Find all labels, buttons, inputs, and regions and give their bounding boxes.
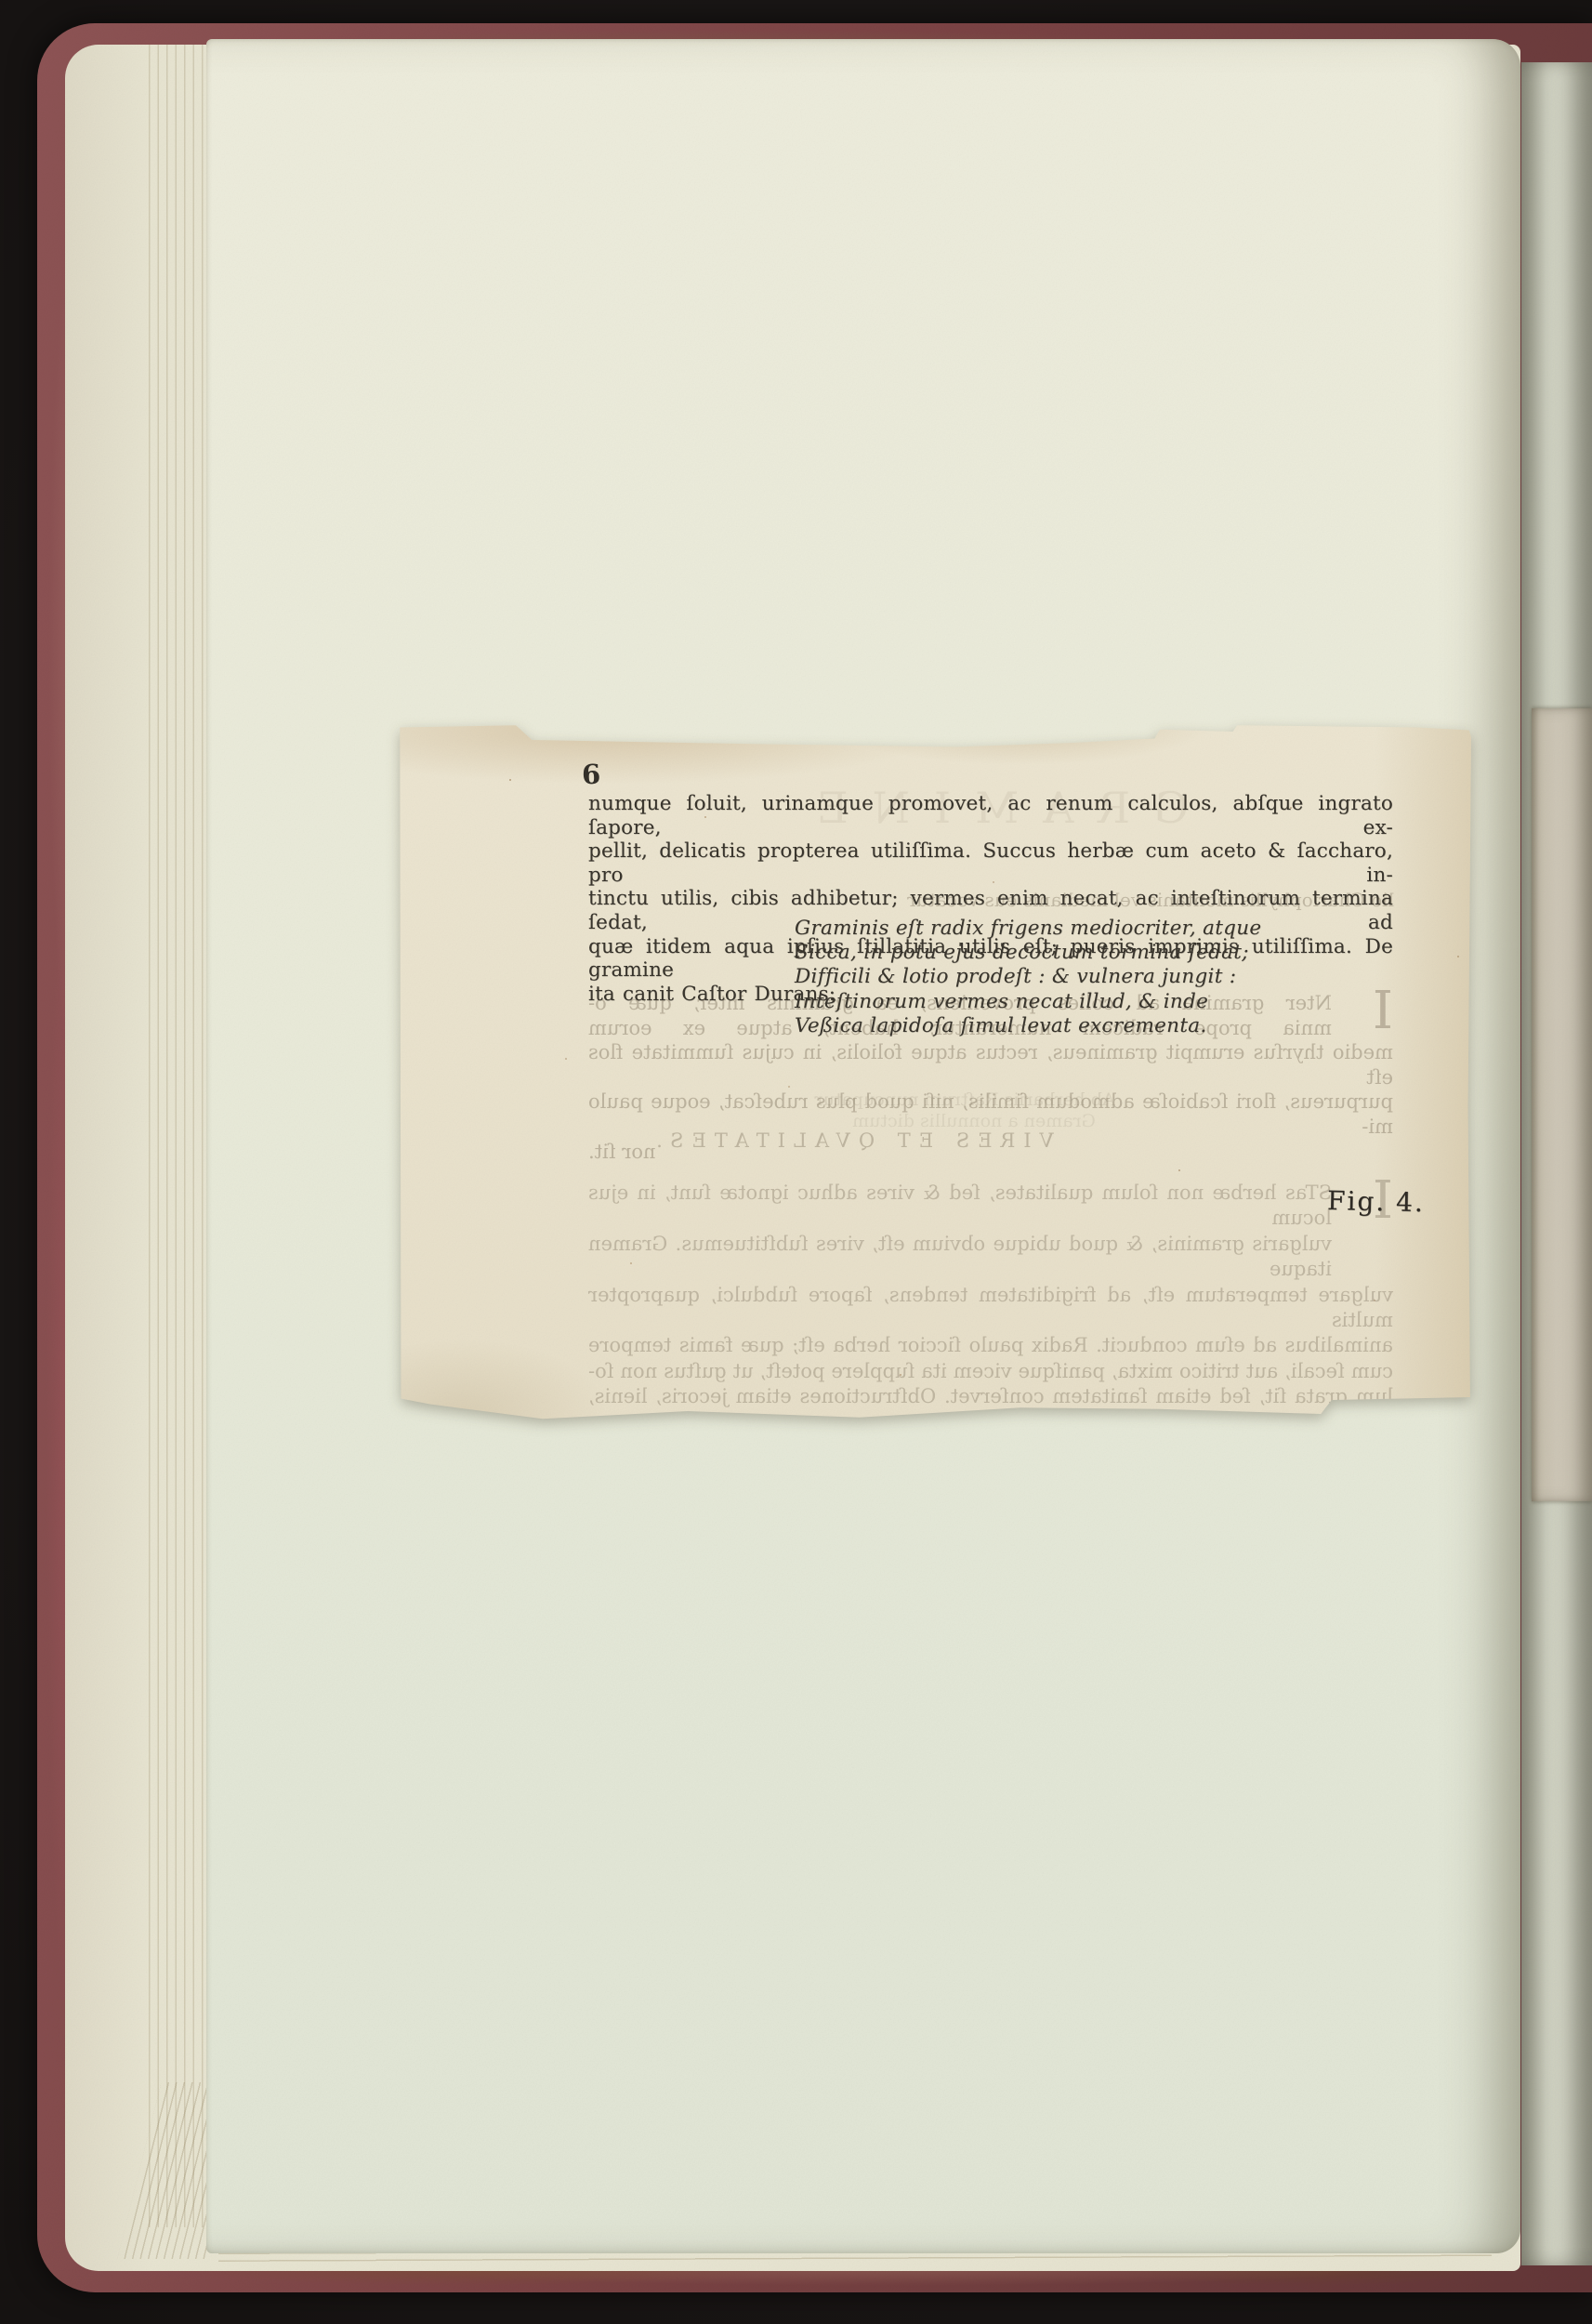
text-line: Veßica lapidoſa ſimul levat excrementa.	[795, 1014, 1371, 1038]
text-line: animalibus ad eſum conducit. Radix paulo…	[588, 1333, 1393, 1358]
text-line: Inteſtinorum vermes necat illud, & inde	[795, 990, 1371, 1014]
text-line: vulgaris graminis, & quod ubique obvium …	[588, 1232, 1393, 1283]
foxing-speckles	[509, 779, 511, 781]
showthrough-lines: STas herbæ non ſolum qualitates, ſed & v…	[588, 1181, 1393, 1435]
text-line: Sicca, in potu ejus decoctum tormina ſed…	[795, 941, 1371, 965]
page-number: 6	[581, 759, 600, 791]
verse-quotation: Graminis eſt radix frigens mediocriter, …	[795, 917, 1371, 1038]
text-line: Graminis eſt radix frigens mediocriter, …	[795, 917, 1371, 941]
water-stain	[806, 723, 1235, 779]
figure-reference-label: Fig. 4.	[1327, 1185, 1425, 1218]
showthrough-faint-line: Ab herbariis Raſtrum nuncupatur	[723, 1089, 1206, 1110]
text-line: pellit, delicatis propterea utiliſſima. …	[588, 839, 1393, 887]
showthrough-faint-line: Gramen a nonnullis dictum	[788, 1111, 1160, 1131]
text-line: vulgare temperatum eſt, ad frigiditatem …	[588, 1283, 1393, 1334]
text-line: Difficili & lotio prodeſt : & vulnera ju…	[795, 965, 1371, 989]
text-line: medio thyrſus erumpit gramineus, rectus …	[588, 1040, 1393, 1089]
text-line: STas herbæ non ſolum qualitates, ſed & v…	[588, 1181, 1393, 1232]
pasted-clipping: GRAMINE lio Chariophyllis montanis vel m…	[398, 723, 1471, 1419]
pasted-clipping-wrapper: GRAMINE lio Chariophyllis montanis vel m…	[398, 723, 1471, 1419]
facing-page-pasted-strip	[1532, 708, 1592, 1501]
text-line: cum ſecali, aut tritico mixta, paniſque …	[588, 1359, 1393, 1384]
scanned-book-photo: GRAMINE lio Chariophyllis montanis vel m…	[0, 0, 1592, 2324]
showthrough-section-heading: VIRES ET QVALITATES.	[588, 1129, 1113, 1152]
text-line: numque ſoluit, urinamque promovet, ac re…	[588, 792, 1393, 839]
